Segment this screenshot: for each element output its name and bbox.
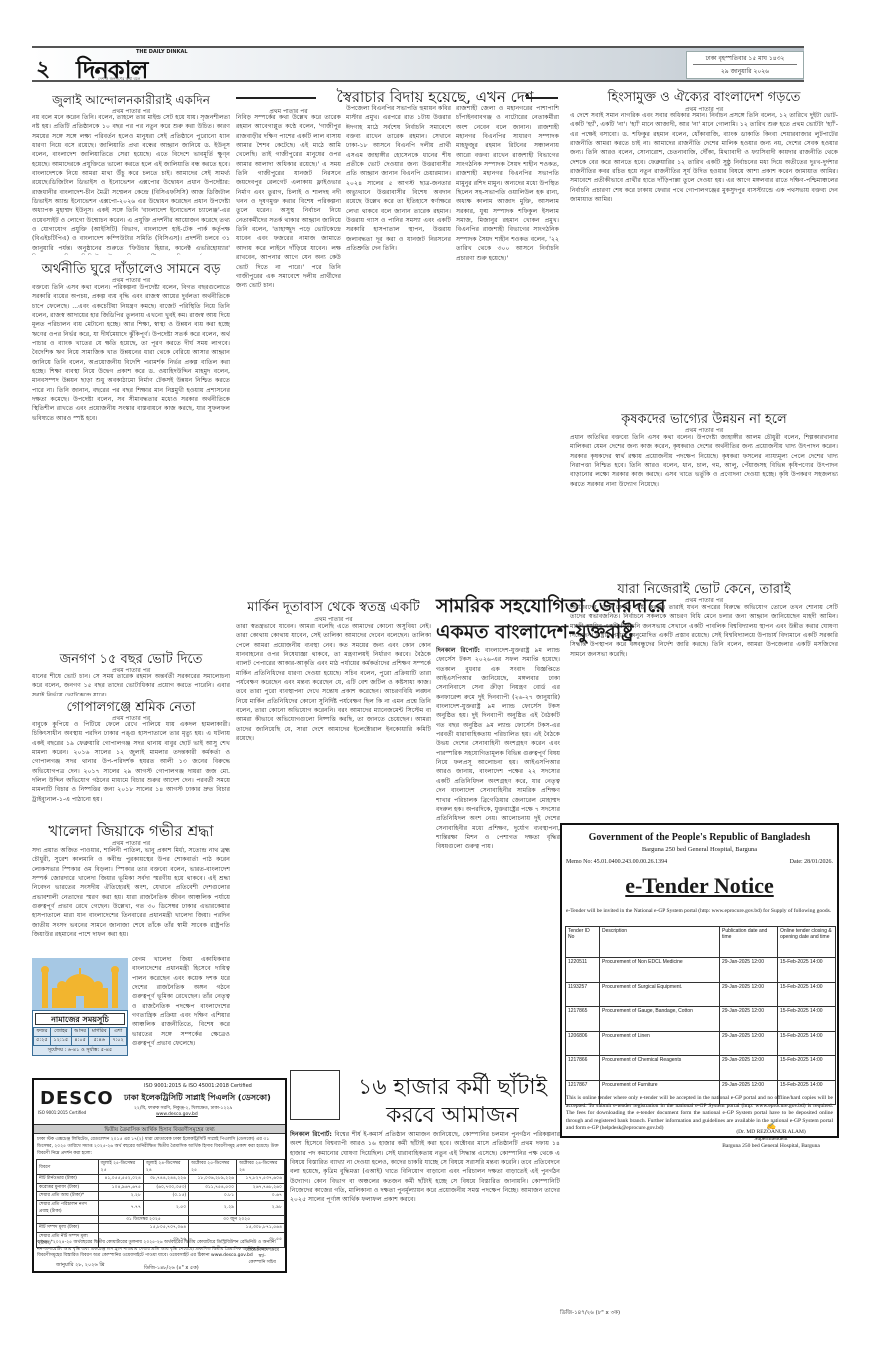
- prayer-header: মাগরিব: [89, 1028, 110, 1037]
- tender-table: Tender ID No Description Publication dat…: [565, 926, 836, 1105]
- desco-issue-date: জানুয়ারি ২৮, ২০২৬ খ্রি: [56, 1262, 105, 1270]
- desco-ad-code: ডিজি-১৪৮/২৬ (৪" x ৫ক): [144, 1265, 199, 1273]
- tender-id: 1193257: [566, 982, 600, 1007]
- prayer-time: ৭:০২: [110, 1037, 127, 1046]
- byline: দিনকাল রিপোর্ট:: [290, 1131, 332, 1138]
- desco-cert: ISO 9001:2015 Certified: [38, 1110, 86, 1115]
- table-header: অক্টোবর ২৪-ডিসেম্বর ২৪: [237, 1160, 285, 1175]
- prayer-header: এশা: [110, 1028, 127, 1037]
- tender-publication: 29-Jan-2025 12:00: [720, 1007, 778, 1032]
- table-row: নীট টার্নওভার (টাকা) ৪১,০৫৫,৫৫২,০২৪ ৩৮,৭…: [37, 1175, 285, 1184]
- table-row: 1217866Procurement of Chemical Reagents2…: [566, 1056, 836, 1081]
- signatory-hospital: Barguna 250 bed General Hospital, Bargun…: [711, 1143, 831, 1150]
- table-row: 1206806Procurement of Linen29-Jan-2025 1…: [566, 1031, 836, 1056]
- table-header: বিবরণ: [37, 1160, 99, 1175]
- desco-website-link[interactable]: www.desco.gov.bd: [156, 1112, 198, 1117]
- prayer-title: নামাজের সময়সূচি: [35, 1013, 125, 1025]
- table-cell: ০.৬৭: [237, 1192, 285, 1201]
- table-header: Online tender closing & opening date and…: [778, 927, 836, 958]
- small-ad-box: [290, 1070, 340, 1120]
- table-header: Tender ID No: [566, 927, 600, 958]
- prayer-time: ১২:১৫: [50, 1037, 71, 1046]
- table-header: জুলাই ২৪-ডিসেম্বর ২৪: [143, 1160, 188, 1175]
- tender-id: 1220511: [566, 958, 600, 983]
- table-header: ৩০ জুন ২০২৫: [189, 1215, 285, 1224]
- table-header: Publication date and time: [720, 927, 778, 958]
- table-cell: (০.১৫): [143, 1192, 188, 1201]
- date-bangla: ঢাকা বৃহস্পতিবার ১৫ মাঘ ১৪৩২: [693, 52, 797, 65]
- table-cell: ১৮,০৩৬,২৮৯,২২৬: [189, 1175, 237, 1184]
- tender-signature-block: ✍ (Dr. MD REZOANUR ALAM) Superintendent …: [711, 1122, 831, 1150]
- article-self-vote-body: ভোটারদের ভোট কেনার চেষ্টা করছে। তারাই যখ…: [570, 603, 838, 815]
- article-khaleda-body-2: বেগম খালেদা জিয়া একাধিকবার বাংলাদেশের প…: [132, 955, 230, 1060]
- byline: দিনকাল রিপোর্ট:: [436, 647, 480, 654]
- article-amazon-body: দিনকাল রিপোর্ট: বিশ্বের শীর্ষ ই-কমার্স প…: [290, 1130, 560, 1352]
- tender-intro: e-Tender will be invited in the National…: [566, 908, 833, 916]
- page-number: ২: [36, 52, 50, 89]
- table-header: জুলাই ২৫-ডিসেম্বর ২৫: [98, 1160, 143, 1175]
- prayer-header: জোহর: [50, 1028, 71, 1037]
- tender-id: 1206806: [566, 1031, 600, 1056]
- article-economy-body: বক্তব্যে তিনি এসব কথা বলেন। পরিকল্পনা উপ…: [32, 283, 230, 649]
- desco-iso: ISO 9001:2015 & ISO 45001:2018 Certified: [144, 1083, 252, 1089]
- tender-closing: 15-Feb-2025 14:00: [778, 958, 836, 983]
- table-cell: ৪১,০৫৫,৫৫২,০২৪: [98, 1175, 143, 1184]
- tender-hospital: Barguna 250 bed General Hospital, Bargun…: [562, 846, 837, 853]
- table-cell: ২.২৯: [189, 1200, 237, 1215]
- headline-rule: [236, 97, 316, 99]
- prayer-time: ৫:৪৬: [89, 1037, 110, 1046]
- tender-closing: 15-Feb-2025 14:00: [778, 982, 836, 1007]
- table-row: ৩১ ডিসেম্বর ২০২৫ ৩০ জুন ২০২৫: [37, 1215, 285, 1224]
- table-cell: ০.৮১: [189, 1192, 237, 1201]
- table-cell: [37, 1215, 99, 1224]
- prayer-table: ফজর জোহর আসর মাগরিব এশা ৫:২৫ ১২:১৫ ৪:০৫ …: [33, 1027, 127, 1046]
- table-cell: ১৫,৩০৮,৮৭১,৫৬৪: [189, 1224, 285, 1233]
- tender-memo: Memo No: 45.01.0400.243.00.00.26.1394: [566, 859, 667, 865]
- table-cell: নীট সম্পদ মূল্য (টাকা): [37, 1224, 99, 1233]
- article-military-text: বাংলাদেশ-যুক্তরাষ্ট্র ৯ম ল্যান্ড ফোর্সেস…: [436, 647, 560, 850]
- table-cell: ৩৮,৭৪৪,২৪৪,২২৬: [143, 1175, 188, 1184]
- table-cell: শেয়ার প্রতি পরিচালন নগদ প্রবাহ (টাকা): [37, 1200, 99, 1215]
- prayer-header: আসর: [71, 1028, 88, 1037]
- tender-description: Procurement of Gauge, Bandage, Cotton: [600, 1007, 720, 1032]
- table-cell: ৩১১,৭৫৪,৫০০: [189, 1183, 237, 1192]
- article-voters-body: ধানের শীষে ভোট চান। সে সময় তারেক রহমান …: [32, 672, 230, 696]
- table-cell: নীট টার্নওভার (টাকা): [37, 1175, 99, 1184]
- table-cell: ২.২৮: [98, 1192, 143, 1201]
- desco-signature: বোর্ডের নির্দেশক্রমে স্বা/- কোম্পানি সচি…: [245, 1248, 279, 1266]
- article-violence-body: এ দেশে সবাই সমান নাগরিক এবং সবার অধিকার …: [570, 111, 838, 411]
- masthead: ২ THE DAILY DINKAL দিনকাল দেশ ও জনগণের ক…: [32, 46, 804, 82]
- signatory-name: (Dr. MD REZOANUR ALAM): [711, 1129, 831, 1136]
- table-cell: ২.৫০: [143, 1200, 188, 1215]
- table-cell: করোত্তর মুনাফা (টাকা): [37, 1183, 99, 1192]
- table-cell: (৬০,৭৩০,৩৫৩): [143, 1183, 188, 1192]
- table-row: 1220511Procurement of Non EDCL Medicine2…: [566, 958, 836, 983]
- article-us-embassy-body: তারা স্বতন্ত্রভাবে যাবেন। আমরা বলেছি এতে…: [236, 622, 431, 1052]
- e-tender-notice: Government of the People's Republic of B…: [560, 823, 839, 1138]
- sunrise-sunset: সূর্যোদয় : ৬-৪১ ও সূর্যাস্ত: ৫-৪৫: [33, 1046, 127, 1055]
- table-row: শেয়ার প্রতি আয় (টাকা)* ২.২৮ (০.১৫) ০.৮…: [37, 1192, 285, 1201]
- date-box: ঢাকা বৃহস্পতিবার ১৫ মাঘ ১৪৩২ ২৯ জানুয়ার…: [686, 51, 804, 79]
- tender-description: Procurement of Surgical Equipment.: [600, 982, 720, 1007]
- tender-closing: 15-Feb-2025 14:00: [778, 1007, 836, 1032]
- desco-name: ঢাকা ইলেকট্রিসিটি সাপ্লাই পিএলসি (ডেসকো): [124, 1092, 271, 1105]
- article-tyranny-body-3: রাজশাহী জেলা ও মহানগরের পাশাপাশি চাঁপাইন…: [456, 104, 559, 554]
- mosque-icon: [32, 958, 128, 1010]
- sign-line: কোম্পানি সচিব: [245, 1260, 279, 1266]
- table-row: নীট সম্পদ মূল্য (টাকা) ১৫,৮০৫,৭০৭,০৬৪ ১৫…: [37, 1224, 285, 1233]
- tender-closing: 15-Feb-2025 14:00: [778, 1031, 836, 1056]
- table-row: শেয়ার প্রতি পরিচালন নগদ প্রবাহ (টাকা) ৭…: [37, 1200, 285, 1215]
- desco-financial-table: বিবরণ জুলাই ২৫-ডিসেম্বর ২৫ জুলাই ২৪-ডিসে…: [36, 1159, 285, 1248]
- table-cell: শেয়ার প্রতি আয় (টাকা)*: [37, 1192, 99, 1201]
- tender-closing: 15-Feb-2025 14:00: [778, 1056, 836, 1081]
- article-july-body: নয় বলে মনে করেন তিনি। বলেন, তাহলে তার ম…: [32, 113, 230, 255]
- table-row: 1217865Procurement of Gauge, Bandage, Co…: [566, 1007, 836, 1032]
- article-tyranny-body-2: উপজেলা বিএনপির সভাপতি হুমায়ন কবির মাস্ট…: [346, 104, 451, 554]
- newspaper-logo[interactable]: THE DAILY DINKAL দিনকাল দেশ ও জনগণের কথা…: [76, 48, 196, 82]
- prayer-times-box: নামাজের সময়সূচি ফজর জোহর আসর মাগরিব এশা…: [32, 1010, 128, 1056]
- article-tyranny-body: নিবিড় সম্পর্কের কথা উল্লেখ করে তারেক রহ…: [236, 113, 341, 553]
- desco-section-title: দ্বিতীয় ত্রৈমাসিক আর্থিক হিসাব বিবরণীসম…: [34, 1124, 285, 1134]
- signature-icon: ✍: [711, 1122, 831, 1129]
- signatory-designation: Superintendent: [711, 1136, 831, 1143]
- table-header: ৩১ ডিসেম্বর ২০২৫: [98, 1215, 189, 1224]
- article-khaleda-body: সদ্য প্রয়াত অজিত পাওয়ার, শালিনী পাতিল,…: [32, 846, 230, 952]
- table-cell: ২৬৭,৭৬৮,২৬০: [237, 1183, 285, 1192]
- table-cell: ১০৪,৯৬৭,৬৭৫: [98, 1183, 143, 1192]
- headline-rule: [526, 97, 558, 99]
- tender-description: Procurement of Chemical Reagents: [600, 1056, 720, 1081]
- tender-publication: 29-Jan-2025 12:00: [720, 1031, 778, 1056]
- tender-ad-code: ডিজি-১৪৭/২৬ (৮" x ৩ক): [560, 1310, 620, 1318]
- article-amazon-text: বিশ্বের শীর্ষ ই-কমার্স প্রতিষ্ঠান আমাজন …: [290, 1131, 560, 1203]
- desco-advertisement: DESCO ISO 9001:2015 Certified ISO 9001:2…: [32, 1078, 287, 1273]
- tender-title: e-Tender Notice: [562, 873, 837, 899]
- prayer-header: ফজর: [34, 1028, 51, 1037]
- table-cell: ৭.৭৭: [98, 1200, 143, 1215]
- prayer-time: ৫:২৫: [34, 1037, 51, 1046]
- tender-description: Procurement of Linen: [600, 1031, 720, 1056]
- desco-address: ২২/বি, ফারুক সরণি, নিকুঞ্জ-২, খিলক্ষেত, …: [134, 1105, 232, 1112]
- article-military-body: দিনকাল রিপোর্ট: বাংলাদেশ-যুক্তরাষ্ট্র ৯ম…: [436, 646, 560, 1048]
- prayer-time: ৪:০৫: [71, 1037, 88, 1046]
- article-gopalganj-body: বাবুকে কুপিয়ে ও পিটিয়ে ফেলে রেখে পালিয…: [32, 720, 230, 822]
- logo-bangla: দিনকাল: [76, 52, 147, 92]
- date-gregorian: ২৯ জানুয়ারি ২০২৬: [687, 65, 803, 78]
- tender-id: 1217866: [566, 1056, 600, 1081]
- tender-publication: 29-Jan-2025 12:00: [720, 1056, 778, 1081]
- tender-publication: 29-Jan-2025 12:00: [720, 982, 778, 1007]
- article-farmers-body: প্রধান অতিথির বক্তব্যে তিনি এসব কথা বলেন…: [570, 433, 838, 578]
- desco-logo: DESCO: [40, 1088, 114, 1109]
- table-cell: ১৭,৮২৭,৫৩৭,৬০৬: [237, 1175, 285, 1184]
- logo-tagline: দেশ ও জনগণের কথা বলে: [98, 76, 140, 83]
- table-row: 1193257Procurement of Surgical Equipment…: [566, 982, 836, 1007]
- desco-intro: ঢাকা স্টক এক্সচেঞ্জ লিমিটেড, রেগুলেশন ২০…: [37, 1136, 282, 1157]
- tender-government: Government of the People's Republic of B…: [562, 832, 837, 843]
- tender-publication: 29-Jan-2025 12:00: [720, 958, 778, 983]
- table-header: Description: [600, 927, 720, 958]
- tender-id: 1217865: [566, 1007, 600, 1032]
- tender-date: Date: 28/01/2026.: [790, 859, 833, 865]
- tender-description: Procurement of Non EDCL Medicine: [600, 958, 720, 983]
- table-header: অক্টোবর ২৫-ডিসেম্বর ২৫: [189, 1160, 237, 1175]
- table-cell: ১৫,৮০৫,৭০৭,০৬৪: [98, 1224, 189, 1233]
- table-row: করোত্তর মুনাফা (টাকা) ১০৪,৯৬৭,৬৭৫ (৬০,৭৩…: [37, 1183, 285, 1192]
- table-cell: ২.৯৮: [237, 1200, 285, 1215]
